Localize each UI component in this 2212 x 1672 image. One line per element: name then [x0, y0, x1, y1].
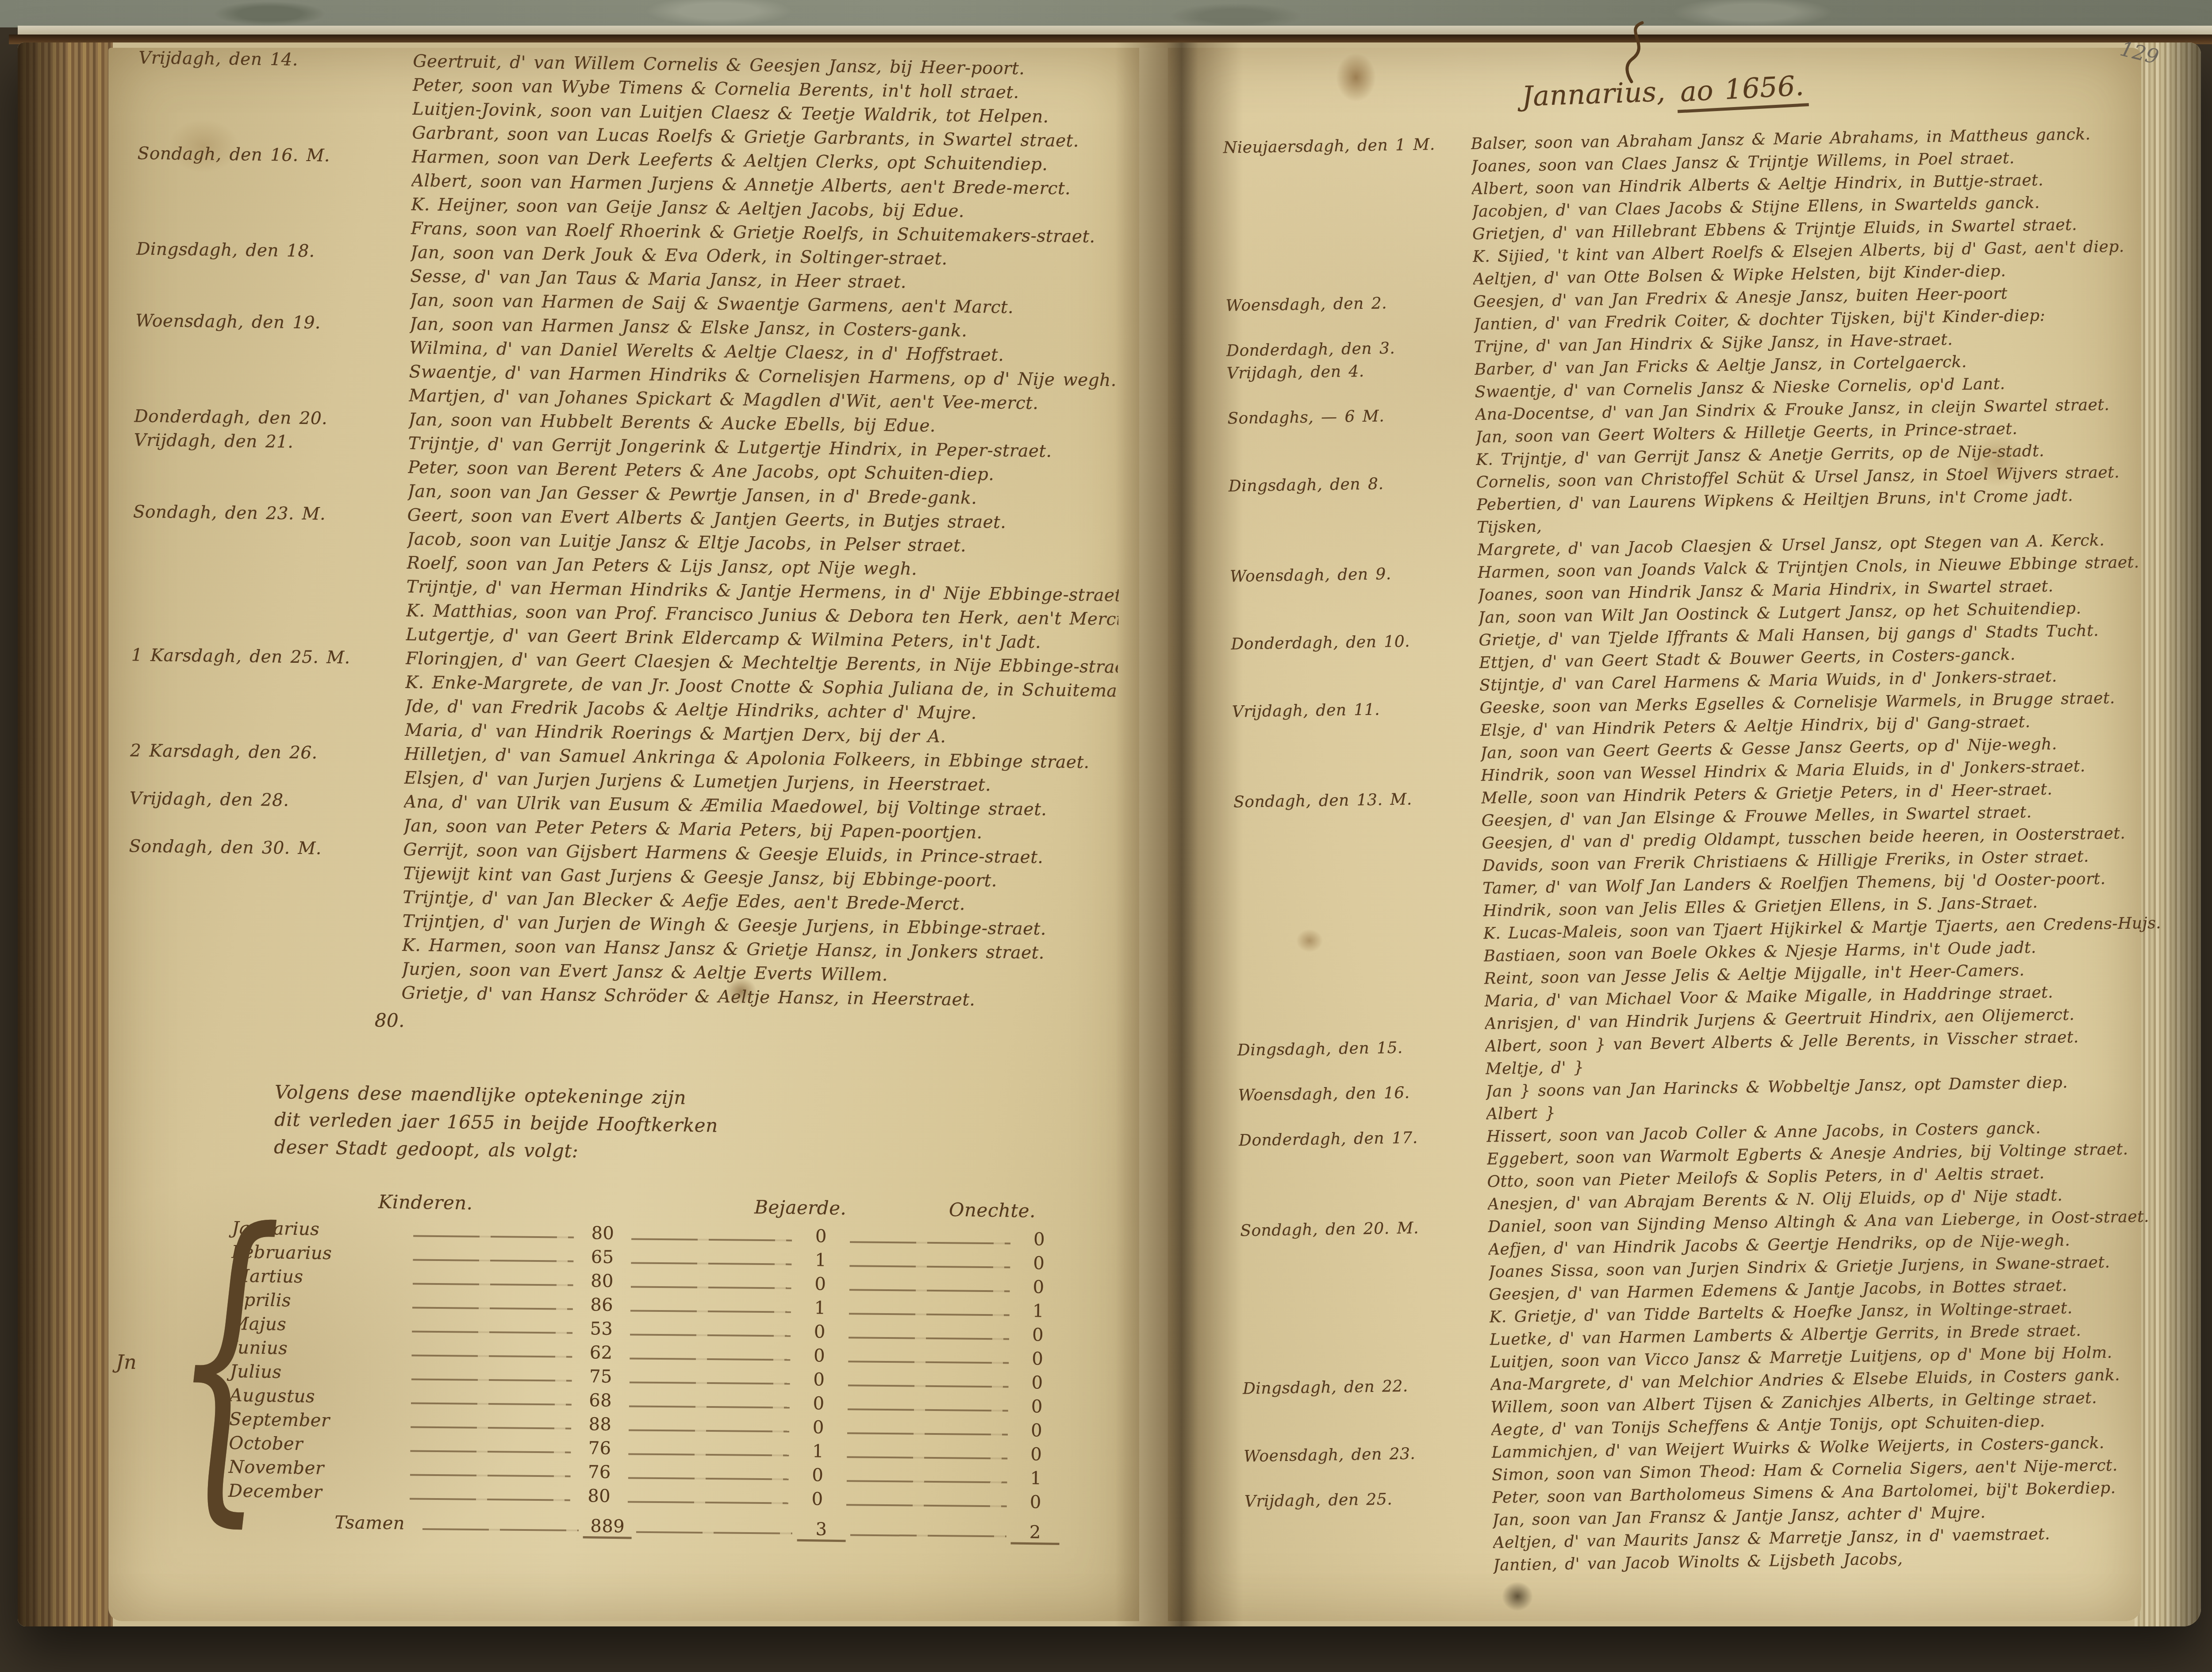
- day-label: [1229, 533, 1477, 537]
- day-label: [1243, 1413, 1491, 1417]
- day-label: [1233, 758, 1481, 762]
- day-label: [132, 565, 407, 569]
- count-bejaerde: 0: [793, 1465, 842, 1486]
- day-label: [131, 684, 405, 688]
- day-label: [138, 135, 412, 138]
- table-body: Jannarius8000Februarius6510Martius8000Ap…: [228, 1218, 1064, 1546]
- day-label: Dingsdagh, den 18.: [136, 237, 411, 265]
- count-onechte: 1: [1014, 1301, 1063, 1322]
- day-label: [1235, 894, 1483, 898]
- day-label: [1239, 1165, 1487, 1168]
- leader-line: [631, 1230, 792, 1241]
- count-bejaerde: 0: [794, 1393, 843, 1414]
- leader-line: [848, 1376, 1009, 1388]
- day-label: [1232, 668, 1479, 672]
- leader-line: [629, 1421, 790, 1432]
- count-onechte: 0: [1013, 1396, 1062, 1418]
- day-label: Dingsdagh, den 22.: [1243, 1374, 1491, 1400]
- leader-line: [849, 1329, 1010, 1340]
- day-label: [1239, 1119, 1486, 1123]
- day-label: Woensdagh, den 9.: [1230, 561, 1478, 588]
- total-kinderen: 889: [583, 1516, 632, 1539]
- count-kinderen: 76: [575, 1462, 624, 1483]
- table-brace: {: [172, 1207, 202, 1500]
- count-bejaerde: 0: [794, 1417, 843, 1438]
- day-label: [129, 876, 403, 879]
- day-label: [1240, 1210, 1488, 1214]
- day-label: [1246, 1571, 1494, 1575]
- day-label: [1236, 939, 1483, 943]
- month-header-year: ao 1656.: [1676, 69, 1809, 113]
- leader-line: [413, 1251, 574, 1262]
- leader-line: [848, 1353, 1009, 1364]
- day-label: Sondagh, den 23. M.: [133, 500, 407, 527]
- day-label: [1227, 397, 1475, 401]
- day-label: Nieujaersdagh, den 1 M.: [1223, 133, 1471, 159]
- day-label: Donderdagh, den 17.: [1239, 1126, 1487, 1152]
- leader-line: [630, 1302, 791, 1313]
- leader-line: [412, 1299, 573, 1310]
- day-label: [136, 278, 410, 282]
- leader-line: [849, 1281, 1010, 1292]
- day-label: [1245, 1548, 1493, 1552]
- day-label: [134, 398, 409, 401]
- book-gutter-shadow: [1115, 42, 1243, 1626]
- leader-line: [629, 1445, 790, 1456]
- leader-line: [847, 1448, 1008, 1459]
- day-label: Donderdagh, den 20.: [134, 404, 409, 432]
- day-label: Sondagh, den 30. M.: [129, 834, 403, 862]
- day-label: 1 Karsdagh, den 25. M.: [131, 643, 406, 671]
- day-label: Vrijdagh, den 25.: [1244, 1487, 1493, 1513]
- day-label: [1240, 1187, 1487, 1191]
- day-label: [1225, 262, 1473, 266]
- day-label: [131, 732, 405, 736]
- summary-paragraph: Volgens dese maendlijke optekeninge zijn…: [274, 1078, 1071, 1172]
- count-onechte: 0: [1012, 1420, 1061, 1441]
- day-label: Vrijdagh, den 14.: [138, 46, 413, 73]
- day-label: Vrijdagh, den 28.: [130, 787, 404, 814]
- leader-line: [847, 1400, 1008, 1411]
- day-label: [127, 995, 401, 999]
- day-label: [1232, 691, 1479, 695]
- day-label: [130, 780, 404, 784]
- leader-line: [847, 1424, 1008, 1435]
- count-kinderen: 65: [578, 1247, 627, 1268]
- count-bejaerde: 0: [795, 1369, 844, 1391]
- leader-line: [413, 1275, 574, 1286]
- count-onechte: 0: [1013, 1372, 1062, 1394]
- column-onechte: Onechte.: [949, 1199, 1036, 1222]
- leader-line: [636, 1523, 793, 1534]
- leader-line: [850, 1233, 1011, 1244]
- day-label: [1236, 961, 1484, 965]
- count-bejaerde: 1: [794, 1441, 843, 1462]
- table-side-label: Jn: [116, 1351, 137, 1374]
- leader-line: [850, 1526, 1006, 1537]
- day-label: Sondagh, den 20. M.: [1240, 1216, 1488, 1242]
- total-onechte: 2: [1010, 1522, 1060, 1545]
- column-kinderen: Kinderen.: [378, 1191, 473, 1214]
- count-bejaerde: 0: [793, 1489, 842, 1510]
- day-label: [1235, 916, 1483, 920]
- count-bejaerde: 0: [796, 1274, 845, 1295]
- right-page-entries: Nieujaersdagh, den 1 M.Balser, soon van …: [1223, 122, 2183, 1581]
- day-label: [137, 183, 411, 186]
- leader-line: [410, 1490, 571, 1501]
- day-label: [138, 111, 412, 115]
- column-bejaerde: Bejaerde.: [754, 1196, 847, 1219]
- count-bejaerde: 0: [795, 1345, 844, 1367]
- count-onechte: 0: [1012, 1444, 1061, 1465]
- day-label: Woensdagh, den 2.: [1225, 291, 1474, 317]
- left-page-edge-stack: [18, 42, 113, 1626]
- day-label: [1224, 217, 1472, 221]
- day-label: [1229, 555, 1477, 559]
- leader-line: [846, 1496, 1007, 1507]
- day-label: [133, 541, 407, 545]
- leader-line: [630, 1349, 791, 1361]
- day-label: 2 Karsdagh, den 26.: [130, 739, 405, 766]
- day-label: [1241, 1277, 1489, 1281]
- leader-line: [631, 1278, 792, 1289]
- day-label: [1233, 781, 1481, 785]
- day-label: [129, 828, 403, 831]
- day-label: Dingsdagh, den 8.: [1229, 471, 1477, 498]
- day-label: [1233, 736, 1480, 740]
- background-top-band: [0, 0, 2212, 27]
- total-bejaerde: 3: [797, 1519, 846, 1542]
- day-label: [1241, 1300, 1489, 1304]
- day-label: [134, 469, 408, 473]
- day-label: [1237, 984, 1484, 988]
- count-onechte: 0: [1013, 1349, 1062, 1370]
- day-label: Woensdagh, den 23.: [1244, 1441, 1492, 1468]
- day-label: [135, 374, 409, 377]
- count-onechte: 0: [1014, 1253, 1064, 1274]
- day-label: [1245, 1526, 1493, 1530]
- leader-line: [846, 1472, 1007, 1483]
- day-label: [1242, 1345, 1490, 1349]
- count-kinderen: 80: [578, 1223, 627, 1244]
- count-onechte: 0: [1015, 1229, 1064, 1250]
- leader-line: [413, 1227, 574, 1238]
- leader-line: [630, 1373, 791, 1384]
- leader-line: [631, 1254, 792, 1265]
- month-header-name: Jannarius,: [1521, 75, 1666, 112]
- day-label: [128, 899, 403, 903]
- count-kinderen: 53: [577, 1318, 626, 1340]
- day-label: [1234, 849, 1482, 853]
- day-label: Woensdagh, den 19.: [135, 309, 410, 336]
- monthly-statistics-table: { Jn Kinderen. Bejaerde. Onechte. Jannar…: [228, 1189, 1064, 1546]
- day-label: [1242, 1368, 1490, 1372]
- manuscript-scan: Vrijdagh, den 14.Geertruit, d' van Wille…: [0, 0, 2212, 1672]
- day-label: [128, 923, 402, 927]
- day-label: [1231, 623, 1479, 627]
- count-onechte: 0: [1014, 1277, 1063, 1298]
- leader-line: [411, 1395, 572, 1406]
- day-label: [133, 493, 407, 497]
- day-label: [127, 971, 402, 975]
- leader-line: [410, 1442, 571, 1453]
- leader-line: [849, 1305, 1010, 1316]
- day-label: [1244, 1435, 1491, 1439]
- count-kinderen: 76: [575, 1438, 624, 1459]
- leader-line: [628, 1469, 789, 1480]
- day-label: [1237, 1007, 1485, 1011]
- day-label: [1244, 1480, 1492, 1484]
- day-label: [1230, 600, 1478, 604]
- day-label: [1237, 1029, 1485, 1033]
- day-label: Sondagh, den 13. M.: [1233, 787, 1482, 814]
- leader-line: [410, 1466, 571, 1477]
- leader-line: [411, 1347, 572, 1358]
- count-kinderen: 62: [576, 1342, 626, 1364]
- day-label: [132, 613, 406, 616]
- day-label: Donderdagh, den 3.: [1226, 336, 1475, 362]
- day-label: [1228, 465, 1476, 469]
- left-page-entries: Vrijdagh, den 14.Geertruit, d' van Wille…: [127, 46, 1125, 1041]
- day-label: [1228, 442, 1475, 446]
- day-label: [1225, 239, 1472, 243]
- day-label: Donderdagh, den 10.: [1231, 629, 1479, 656]
- day-label: [137, 231, 411, 234]
- leader-line: [422, 1520, 579, 1531]
- day-label: Sondagh, den 16. M.: [137, 142, 412, 169]
- count-onechte: 1: [1011, 1468, 1060, 1489]
- count-bejaerde: 1: [795, 1298, 845, 1319]
- day-label: [1224, 194, 1472, 198]
- leader-line: [629, 1397, 790, 1408]
- day-label: [128, 947, 402, 951]
- count-kinderen: 68: [576, 1390, 625, 1411]
- day-label: [132, 589, 407, 592]
- day-label: [1225, 284, 1473, 288]
- day-label: [1242, 1322, 1490, 1326]
- day-label: [1235, 871, 1482, 875]
- day-label: Sondaghs, — 6 M.: [1227, 404, 1475, 430]
- day-label: Vrijdagh, den 21.: [134, 428, 408, 456]
- day-label: [1224, 172, 1471, 176]
- leader-line: [630, 1326, 791, 1337]
- count-bejaerde: 1: [796, 1250, 845, 1271]
- day-label: Dingsdagh, den 15.: [1237, 1035, 1486, 1062]
- count-kinderen: 80: [575, 1486, 624, 1507]
- count-kinderen: 80: [578, 1271, 627, 1292]
- count-kinderen: 88: [576, 1414, 625, 1435]
- leader-line: [411, 1371, 572, 1382]
- day-label: Vrijdagh, den 11.: [1232, 697, 1480, 723]
- count-kinderen: 86: [577, 1295, 626, 1316]
- day-label: [137, 207, 411, 210]
- day-label: [1226, 330, 1474, 334]
- day-label: [138, 87, 413, 91]
- count-bejaerde: 0: [797, 1226, 846, 1247]
- leader-line: [411, 1418, 572, 1430]
- leader-line: [412, 1323, 573, 1334]
- book-top-paper-edge: [18, 26, 2212, 35]
- day-label: [131, 637, 406, 640]
- day-label: Woensdagh, den 16.: [1238, 1080, 1486, 1107]
- count-kinderen: 75: [576, 1366, 626, 1388]
- day-label: [1234, 826, 1482, 830]
- count-bejaerde: 0: [795, 1322, 845, 1343]
- day-label: [1229, 510, 1477, 514]
- count-onechte: 0: [1011, 1492, 1060, 1513]
- day-label: Vrijdagh, den 4.: [1227, 358, 1475, 385]
- count-onechte: 0: [1014, 1325, 1063, 1346]
- day-label: [1238, 1074, 1486, 1078]
- leader-line: [628, 1493, 789, 1504]
- day-label: [1240, 1255, 1488, 1259]
- day-label: [136, 302, 410, 306]
- leader-line: [849, 1257, 1010, 1268]
- day-label: [135, 350, 409, 354]
- day-label: [131, 708, 405, 712]
